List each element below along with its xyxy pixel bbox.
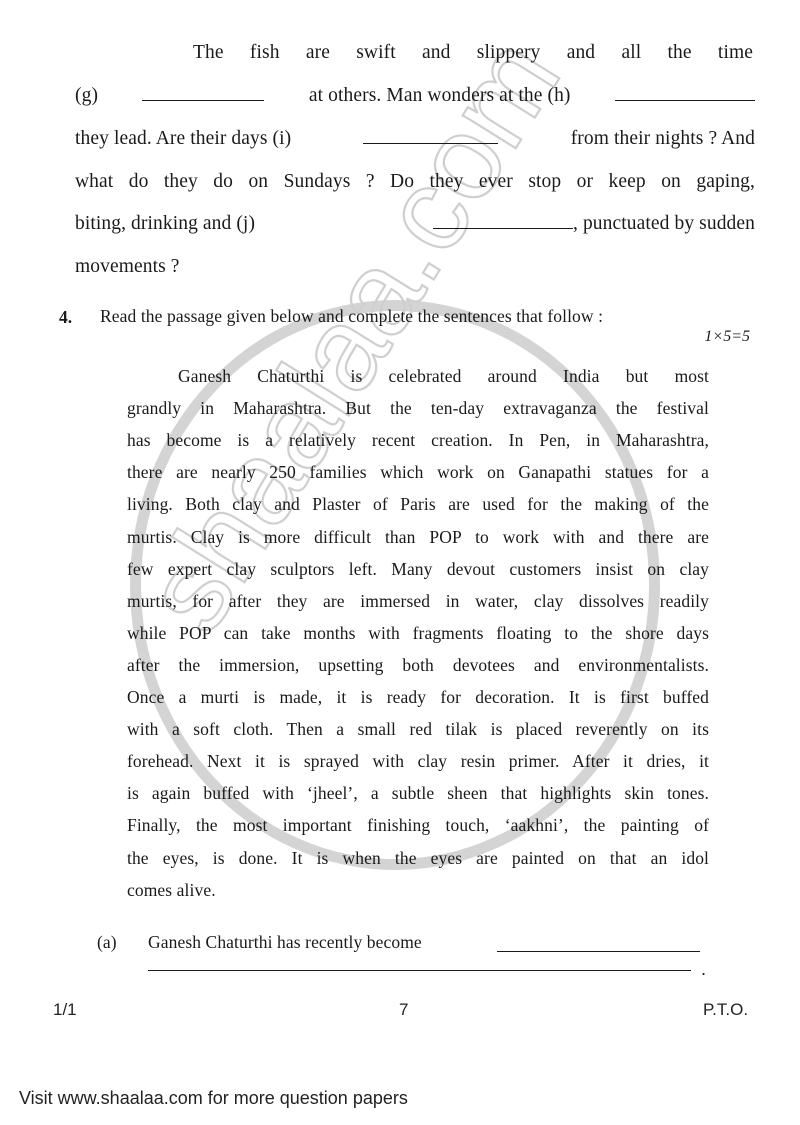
paragraph-line: movements ? <box>75 256 180 278</box>
marks-allocation: 1×5=5 <box>704 328 750 346</box>
page-footer-pto: P.T.O. <box>703 1000 748 1020</box>
paragraph-text: at others. Man wonders at the (h) <box>309 85 571 107</box>
blank-label-g: (g) <box>75 85 98 107</box>
passage-line: living. Both clay and Plaster of Paris a… <box>127 494 709 515</box>
passage-line: Finally, the most important finishing to… <box>127 815 709 836</box>
paragraph-text: they lead. Are their days (i) <box>75 128 291 150</box>
passage-line: after the immersion, upsetting both devo… <box>127 655 709 676</box>
passage-line: has become is a relatively recent creati… <box>127 430 709 451</box>
passage-line: Once a murti is made, it is ready for de… <box>127 687 709 708</box>
sub-question-label: (a) <box>97 932 117 953</box>
paragraph-line: (g) at others. Man wonders at the (h) <box>75 85 755 107</box>
blank-g[interactable] <box>142 99 264 101</box>
paragraph-line: biting, drinking and (j) , punctuated by… <box>75 213 755 235</box>
passage-line: is again buffed with ‘jheel’, a subtle s… <box>127 783 709 804</box>
blank-i[interactable] <box>363 142 498 144</box>
paragraph-line: what do they do on Sundays ? Do they eve… <box>75 171 755 193</box>
answer-blank-a-2[interactable] <box>148 969 691 971</box>
page-footer-left: 1/1 <box>53 1000 77 1020</box>
blank-j[interactable] <box>433 227 573 229</box>
passage-line: few expert clay sculptors left. Many dev… <box>127 559 709 580</box>
paragraph-text: from their nights ? And <box>571 128 755 150</box>
question-instruction: Read the passage given below and complet… <box>100 306 603 327</box>
paragraph-text: , punctuated by sudden <box>573 213 755 235</box>
period-mark: . <box>701 960 706 979</box>
promo-link[interactable]: Visit www.shaalaa.com for more question … <box>19 1088 408 1109</box>
passage-line: murtis, for after they are immersed in w… <box>127 591 709 612</box>
sub-question-text: Ganesh Chaturthi has recently become <box>148 932 422 953</box>
passage-line: there are nearly 250 families which work… <box>127 462 709 483</box>
question-number: 4. <box>59 307 72 328</box>
passage-line: the eyes, is done. It is when the eyes a… <box>127 848 709 869</box>
passage-line: murtis. Clay is more difficult than POP … <box>127 527 709 548</box>
passage-line: forehead. Next it is sprayed with clay r… <box>127 751 709 772</box>
passage-line: while POP can take months with fragments… <box>127 623 709 644</box>
paragraph-line: they lead. Are their days (i) from their… <box>75 128 755 150</box>
paragraph-line: The fish are swift and slippery and all … <box>193 42 753 64</box>
blank-h[interactable] <box>615 99 755 101</box>
page-number: 7 <box>399 1000 408 1020</box>
answer-blank-a-1[interactable] <box>497 950 700 952</box>
paragraph-text: biting, drinking and (j) <box>75 213 255 235</box>
passage-line: with a soft cloth. Then a small red tila… <box>127 719 709 740</box>
passage-line: comes alive. <box>127 880 709 901</box>
passage-line: grandly in Maharashtra. But the ten-day … <box>127 398 709 419</box>
passage-line: Ganesh Chaturthi is celebrated around In… <box>178 366 709 387</box>
